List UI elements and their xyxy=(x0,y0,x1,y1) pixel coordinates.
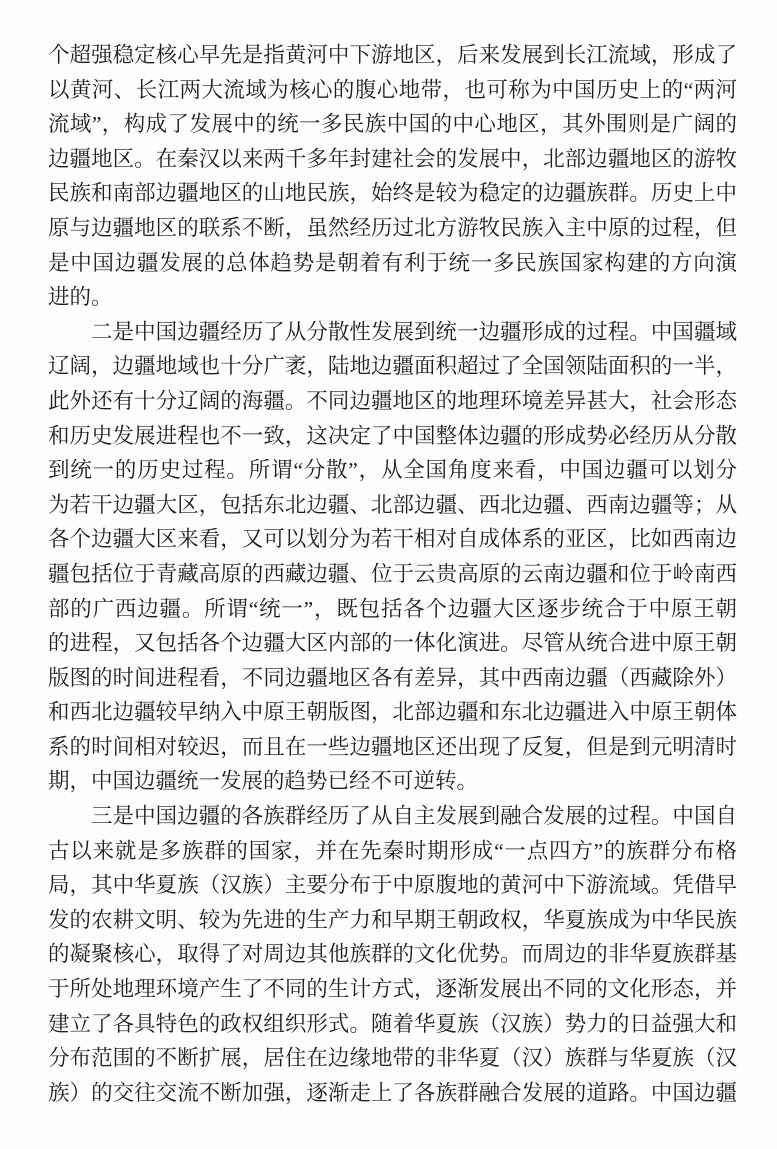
text-line: 是中国边疆发展的总体趋势是朝着有利于统一多民族国家构建的方向演 xyxy=(48,246,737,281)
paragraph-2: 二是中国边疆经历了从分散性发展到统一边疆形成的过程。中国疆域 辽阔，边疆地域也十… xyxy=(48,315,737,799)
paragraph-3: 三是中国边疆的各族群经历了从自主发展到融合发展的过程。中国自 古以来就是多族群的… xyxy=(48,799,737,1110)
text-line: 的凝聚核心，取得了对周边其他族群的文化优势。而周边的非华夏族群基 xyxy=(48,937,737,972)
text-line: 和西北边疆较早纳入中原王朝版图，北部边疆和东北边疆进入中原王朝体 xyxy=(48,695,737,730)
text-line: 版图的时间进程看，不同边疆地区各有差异，其中西南边疆（西藏除外） xyxy=(48,661,737,696)
text-line: 到统一的历史过程。所谓“分散”，从全国角度来看，中国边疆可以划分 xyxy=(48,453,737,488)
text-block: 个超强稳定核心早先是指黄河中下游地区，后来发展到长江流域，形成了 以黄河、长江两… xyxy=(48,38,737,1110)
text-line: 分布范围的不断扩展，居住在边缘地带的非华夏（汉）族群与华夏族（汉 xyxy=(48,1041,737,1076)
text-line: 进的。 xyxy=(48,280,737,315)
text-line: 流域”，构成了发展中的统一多民族中国的中心地区，其外围则是广阔的 xyxy=(48,107,737,142)
paragraph-1: 个超强稳定核心早先是指黄河中下游地区，后来发展到长江流域，形成了 以黄河、长江两… xyxy=(48,38,737,315)
text-line: 边疆地区。在秦汉以来两千多年封建社会的发展中，北部边疆地区的游牧 xyxy=(48,142,737,177)
document-page: 个超强稳定核心早先是指黄河中下游地区，后来发展到长江流域，形成了 以黄河、长江两… xyxy=(0,0,777,1149)
text-line: 发的农耕文明、较为先进的生产力和早期王朝政权，华夏族成为中华民族 xyxy=(48,903,737,938)
text-line: 三是中国边疆的各族群经历了从自主发展到融合发展的过程。中国自 xyxy=(48,799,737,834)
text-line: 系的时间相对较迟，而且在一些边疆地区还出现了反复，但是到元明清时 xyxy=(48,730,737,765)
text-line: 的进程，又包括各个边疆大区内部的一体化演进。尽管从统合进中原王朝 xyxy=(48,626,737,661)
text-line: 个超强稳定核心早先是指黄河中下游地区，后来发展到长江流域，形成了 xyxy=(48,38,737,73)
text-line: 和历史发展进程也不一致，这决定了中国整体边疆的形成势必经历从分散 xyxy=(48,419,737,454)
text-line: 各个边疆大区来看，又可以划分为若干相对自成体系的亚区，比如西南边 xyxy=(48,522,737,557)
text-line: 以黄河、长江两大流域为核心的腹心地带，也可称为中国历史上的“两河 xyxy=(48,73,737,108)
text-line: 族）的交往交流不断加强，逐渐走上了各族群融合发展的道路。中国边疆 xyxy=(48,1076,737,1111)
text-line: 辽阔，边疆地域也十分广袤，陆地边疆面积超过了全国领陆面积的一半， xyxy=(48,349,737,384)
text-line: 古以来就是多族群的国家，并在先秦时期形成“一点四方”的族群分布格 xyxy=(48,834,737,869)
text-line: 疆包括位于青藏高原的西藏边疆、位于云贵高原的云南边疆和位于岭南西 xyxy=(48,557,737,592)
text-line: 期，中国边疆统一发展的趋势已经不可逆转。 xyxy=(48,764,737,799)
text-line: 局，其中华夏族（汉族）主要分布于中原腹地的黄河中下游流域。凭借早 xyxy=(48,868,737,903)
text-line: 建立了各具特色的政权组织形式。随着华夏族（汉族）势力的日益强大和 xyxy=(48,1007,737,1042)
text-line: 于所处地理环境产生了不同的生计方式，逐渐发展出不同的文化形态，并 xyxy=(48,972,737,1007)
text-line: 此外还有十分辽阔的海疆。不同边疆地区的地理环境差异甚大，社会形态 xyxy=(48,384,737,419)
text-line: 二是中国边疆经历了从分散性发展到统一边疆形成的过程。中国疆域 xyxy=(48,315,737,350)
text-line: 为若干边疆大区，包括东北边疆、北部边疆、西北边疆、西南边疆等；从 xyxy=(48,488,737,523)
text-line: 民族和南部边疆地区的山地民族，始终是较为稳定的边疆族群。历史上中 xyxy=(48,176,737,211)
text-line: 部的广西边疆。所谓“统一”，既包括各个边疆大区逐步统合于中原王朝 xyxy=(48,592,737,627)
text-line: 原与边疆地区的联系不断，虽然经历过北方游牧民族入主中原的过程，但 xyxy=(48,211,737,246)
